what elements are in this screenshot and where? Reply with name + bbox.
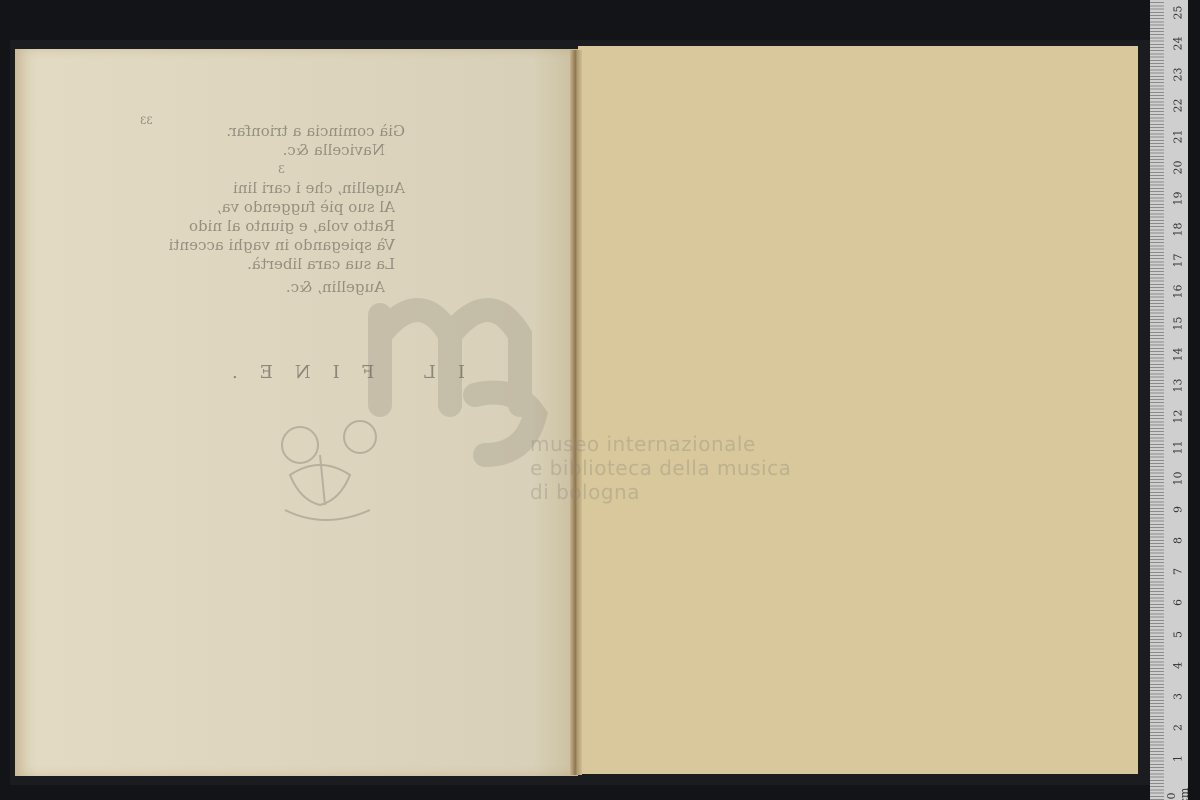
ruler-label: 14 [1172,344,1185,364]
ruler-label: 12 [1172,406,1185,426]
verse-line: Navicella &c. [135,141,405,160]
ruler-label: 7 [1172,562,1185,582]
right-page-blank [578,46,1138,774]
ruler-label: 25 [1172,2,1185,22]
ruler-label: 2 [1172,717,1185,737]
verse-line: Ratto vola, e giunto al nido [135,217,405,236]
ruler-label: 8 [1172,531,1185,551]
ruler-label: 18 [1172,220,1185,240]
ruler-label: 23 [1172,64,1185,84]
verse-line: Già comincia a trionfar. [135,122,405,141]
ruler-label: 21 [1172,126,1185,146]
bleed-through-verse: Già comincia a trionfar. Navicella &c. 3… [135,122,405,297]
verse-line: Al suo piè fuggendo va, [135,198,405,217]
ruler-label: 11 [1172,437,1185,457]
ruler-label: 6 [1172,593,1185,613]
ruler-label: 13 [1172,375,1185,395]
verse-line: La sua cara libertà. [135,255,405,274]
dark-edge [1188,0,1200,800]
watermark-line: e biblioteca della musica [530,456,791,480]
verse-line: Và spiegando in vaghi accenti [135,236,405,255]
watermark-line: museo internazionale [530,432,791,456]
museum-watermark-text: museo internazionale e biblioteca della … [530,432,791,504]
ruler-label: 1 [1172,748,1185,768]
stanza-number: 3 [135,160,405,179]
ruler-label: 17 [1172,251,1185,271]
ruler-label: 3 [1172,686,1185,706]
ruler-label: 15 [1172,313,1185,333]
ruler-label: 5 [1172,624,1185,644]
ruler-label: 19 [1172,189,1185,209]
book-spine [570,50,582,775]
watermark-line: di bologna [530,480,791,504]
ruler-label: 10 [1172,469,1185,489]
ruler-label: 4 [1172,655,1185,675]
verse-line: Augellin, che i cari lini [135,179,405,198]
ruler-label: 24 [1172,33,1185,53]
ruler-label: 20 [1172,158,1185,178]
ruler-label: 22 [1172,95,1185,115]
ruler-label: 16 [1172,282,1185,302]
ruler-label: 9 [1172,500,1185,520]
centimeter-ruler [1150,0,1188,800]
